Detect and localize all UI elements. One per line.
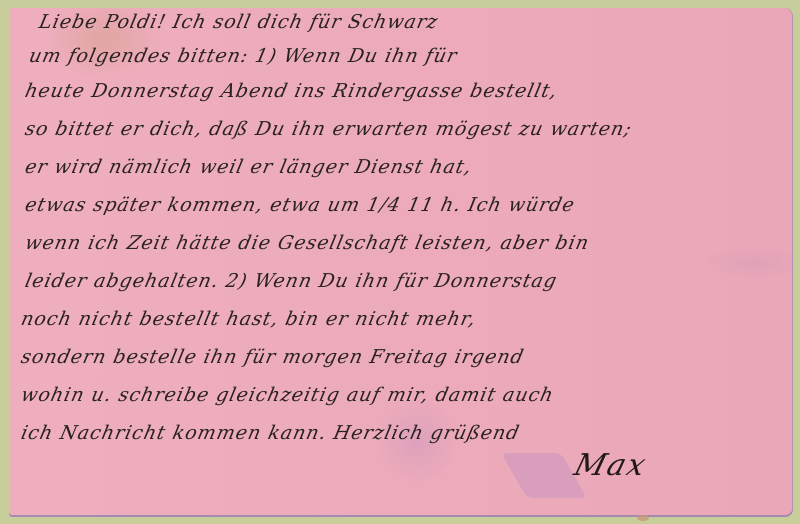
text-line-10: sondern bestelle ihn für morgen Freitag … — [19, 346, 526, 368]
text-line-12: ich Nachricht kommen kann. Herzlich grüß… — [19, 422, 522, 444]
text-line-2: um folgendes bitten: 1) Wenn Du ihn für — [27, 45, 460, 67]
text-line-9: noch nicht bestellt hast, bin er nicht m… — [19, 308, 478, 330]
text-line-1: Liebe Poldi! Ich soll dich für Schwarz — [37, 11, 440, 33]
text-line-5: er wird nämlich weil er länger Dienst ha… — [23, 156, 474, 178]
text-line-4: so bittet er dich, daß Du ihn erwarten m… — [23, 118, 634, 140]
text-line-8: leider abgehalten. 2) Wenn Du ihn für Do… — [23, 270, 559, 292]
text-line-7: wenn ich Zeit hätte die Gesellschaft lei… — [23, 232, 591, 254]
stain-mark — [637, 515, 649, 521]
postcard: Liebe Poldi! Ich soll dich für Schwarz u… — [9, 8, 793, 517]
text-line-6: etwas später kommen, etwa um 1/4 11 h. I… — [23, 194, 577, 216]
text-line-11: wohin u. schreibe gleichzeitig auf mir, … — [19, 384, 556, 406]
signature: Max — [570, 448, 651, 483]
text-line-3: heute Donnerstag Abend ins Rindergasse b… — [23, 80, 560, 102]
